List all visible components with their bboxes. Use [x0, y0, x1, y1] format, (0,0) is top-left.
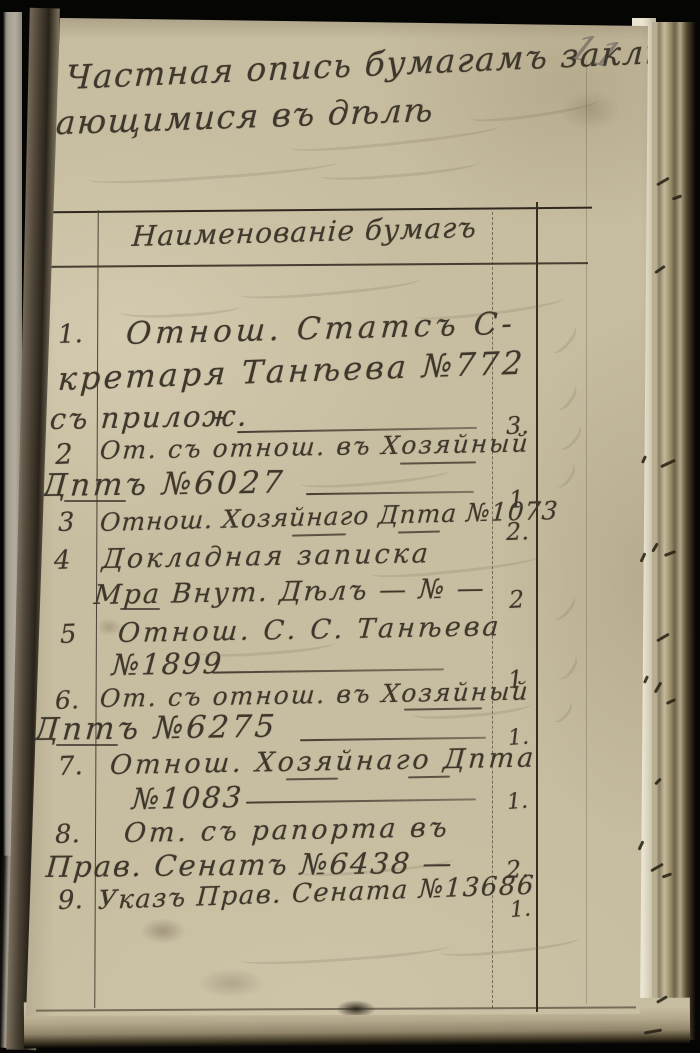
table-rule-top: [40, 207, 592, 214]
bleed-through-mark: [551, 650, 581, 683]
bleed-through-mark: [240, 270, 421, 303]
entry-text: От. съ рапорта въ: [123, 812, 451, 849]
filler-dash: [212, 668, 444, 673]
row-number: 4: [53, 545, 71, 576]
sheet-count: 1.: [506, 789, 529, 815]
entry-text: Отнош. Хозяйнаго Дпта: [109, 743, 538, 781]
abbreviation-underline: [398, 530, 440, 533]
entry-text: Дптъ №6027: [41, 465, 287, 504]
bleed-through-mark: [240, 937, 451, 969]
row-number: 7.: [57, 751, 83, 782]
sheet-count: 1.: [509, 897, 532, 923]
row-number: 3: [57, 507, 75, 538]
archival-photo-frame: 11 Частная опись бумагамъ заклю- чающими…: [0, 0, 700, 1053]
row-number: 1.: [57, 319, 83, 350]
row-number: 8.: [54, 819, 80, 850]
bleed-through-mark: [320, 153, 481, 184]
page-crease-vertical: [586, 60, 587, 1004]
entry-text: съ прилож.: [49, 399, 250, 437]
document-title-line1: Частная опись бумагамъ заклю-: [65, 31, 689, 97]
entry-text: Мра Внут. Дѣлъ — № —: [93, 573, 487, 611]
paper-stain: [140, 918, 186, 944]
stacked-page-edges: [652, 22, 696, 1040]
row-number: 9.: [57, 885, 83, 916]
abbreviation-underline: [408, 776, 450, 779]
manuscript-page: 11 Частная опись бумагамъ заклю- чающими…: [0, 0, 700, 1053]
bleed-through-mark: [300, 461, 451, 491]
abbreviation-underline: [56, 744, 118, 746]
entry-text: №1083: [131, 780, 245, 816]
bleed-through-mark: [88, 153, 339, 187]
sheet-count: 2: [508, 585, 525, 614]
sheet-count: 2.: [506, 517, 530, 546]
bleed-through-mark: [439, 929, 580, 961]
abbreviation-underline: [286, 778, 338, 781]
row-number: 2: [54, 437, 73, 471]
bleed-through-mark: [546, 320, 581, 357]
bleed-through-mark: [549, 458, 579, 491]
entry-text: От. съ отнош. въ Хозяйный: [99, 428, 531, 465]
row-number: 5: [59, 619, 77, 650]
filler-dash: [306, 491, 474, 495]
table-vline-sheets-column: [536, 202, 538, 1012]
table-header-label: Наименованіе бумагъ: [131, 211, 478, 253]
abbreviation-underline: [120, 608, 160, 610]
abbreviation-underline: [292, 533, 346, 536]
bleed-through-mark: [546, 695, 576, 726]
abbreviation-underline: [64, 500, 126, 502]
abbreviation-underline: [400, 461, 476, 464]
bleed-through-mark: [549, 379, 580, 413]
bleed-through-mark: [553, 420, 585, 454]
filler-dash: [300, 737, 486, 742]
filler-dash: [246, 798, 476, 803]
entry-text: Дптъ №6275: [33, 709, 279, 748]
table-rule-header-bottom: [38, 262, 588, 267]
paper-stain: [196, 968, 266, 998]
bleed-through-mark: [547, 590, 579, 624]
